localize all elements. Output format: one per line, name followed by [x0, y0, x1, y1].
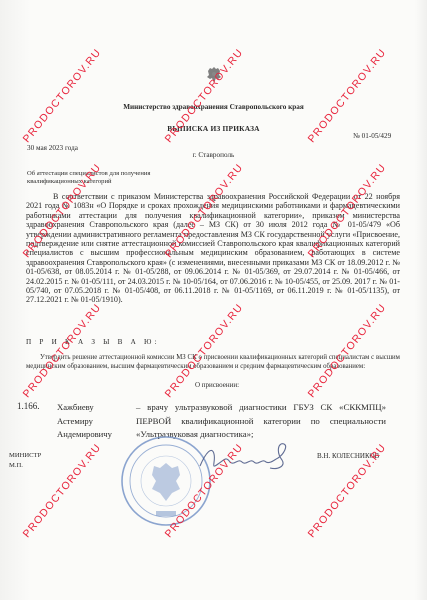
ministry-name: Министерство здравоохранения Ставропольс… [0, 103, 427, 111]
document-page: Министерство здравоохранения Ставропольс… [0, 0, 427, 600]
signature-icon [192, 440, 302, 476]
recipient-first-name: Астемиру [57, 415, 112, 429]
watermark: PRODOCTOROV.RU [306, 301, 389, 400]
recipient-surname: Хажбиеву [57, 401, 112, 415]
order-subject: Об аттестации специалистов для получения… [27, 170, 197, 186]
order-city: г. Ставрополь [0, 151, 427, 159]
subject-line-1: Об аттестации специалистов для получения [27, 170, 197, 178]
item-recipient-name: Хажбиеву Астемиру Андемировичу [57, 401, 112, 442]
item-number: 1.166. [17, 401, 40, 411]
recipient-patronymic: Андемировичу [57, 428, 112, 442]
subject-line-2: квалификационных категорий [27, 178, 197, 186]
seal-label: М.П. [9, 461, 41, 471]
minister-label: МИНИСТР [9, 451, 41, 461]
minister-block: МИНИСТР М.П. [9, 451, 41, 471]
watermark: PRODOCTOROV.RU [21, 301, 104, 400]
order-number: № 01-05/429 [353, 132, 391, 140]
assign-heading: О присвоении: [195, 381, 239, 389]
order-heading: П Р И К А З Ы В А Ю: [26, 338, 160, 346]
